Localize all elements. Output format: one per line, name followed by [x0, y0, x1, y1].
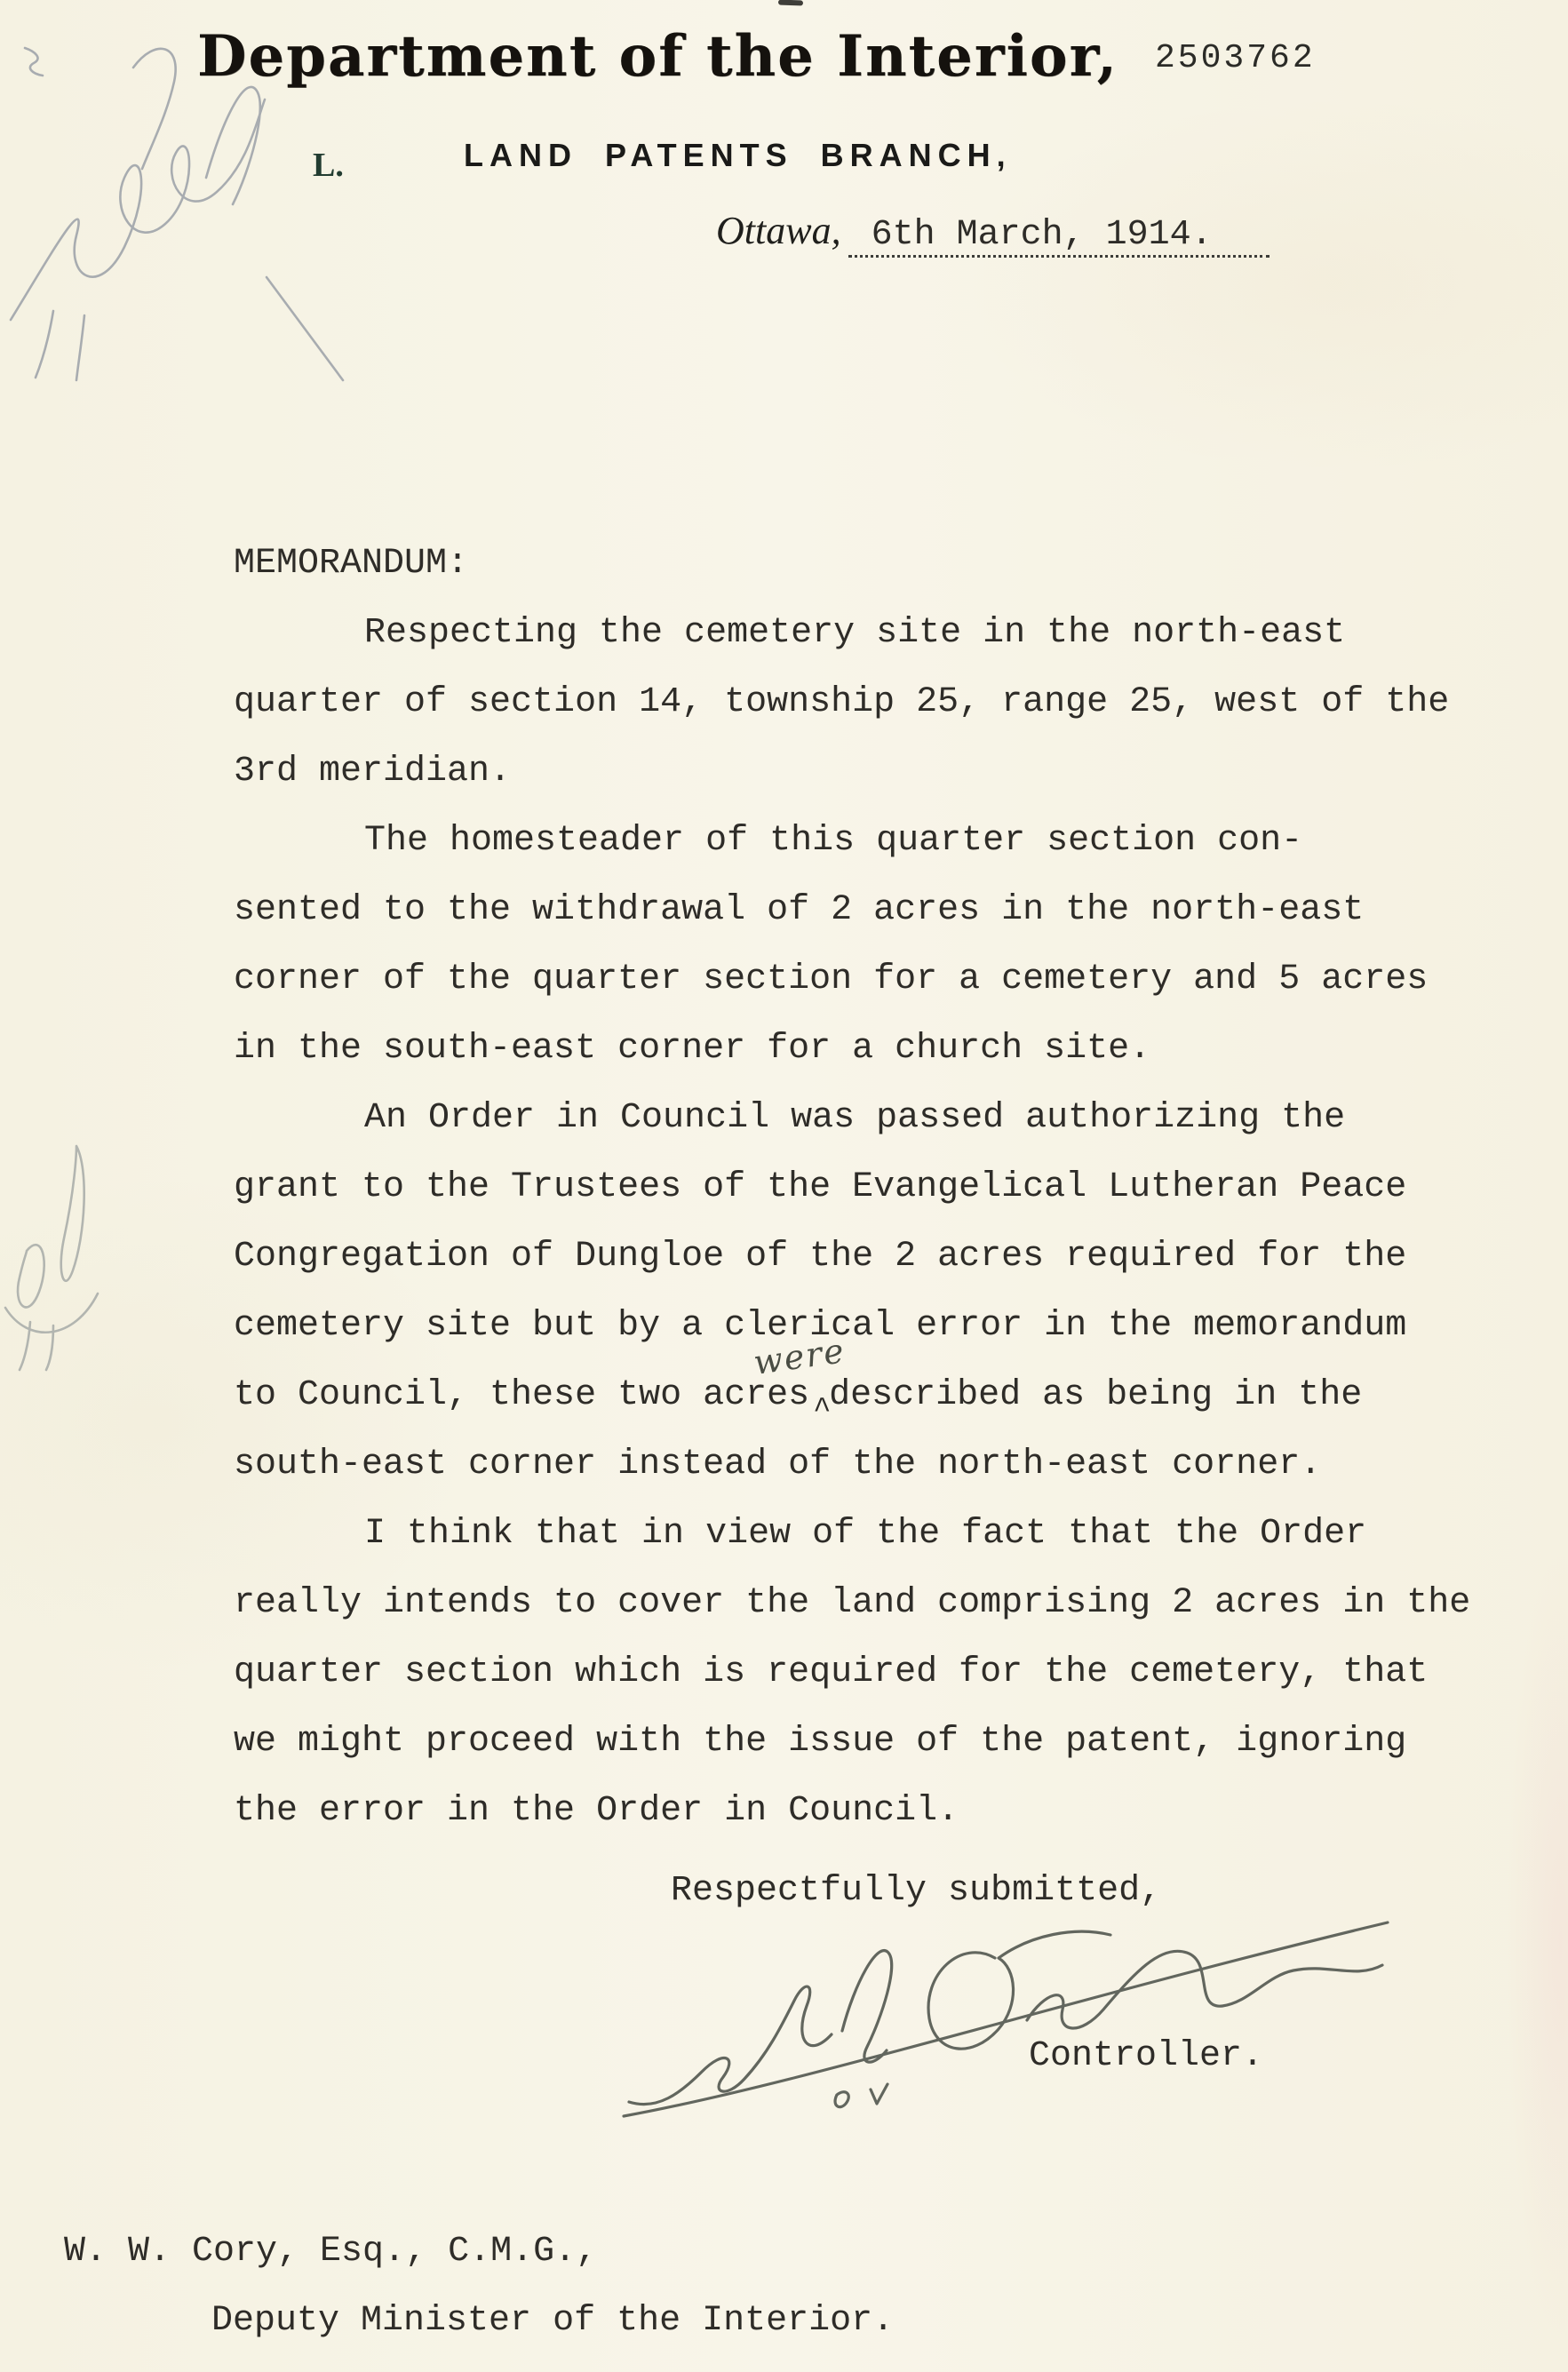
memo-line: An Order in Council was passed authorizi… — [234, 1084, 1495, 1153]
memo-line: 3rd meridian. — [234, 737, 1495, 807]
memo-line: the error in the Order in Council. — [234, 1777, 1495, 1846]
file-number: 2503762 — [1155, 39, 1316, 77]
memo-line: corner of the quarter section for a ceme… — [234, 945, 1495, 1015]
department-title: Department of the Interior, — [197, 23, 1118, 90]
memo-heading: MEMORANDUM: — [234, 529, 1495, 599]
file-letter: L. — [313, 146, 344, 185]
memo-line: Respecting the cemetery site in the nort… — [234, 599, 1495, 668]
handwritten-insertion-word: were — [749, 1316, 850, 1397]
memo-line-with-insertion: to Council, these two acres^described as… — [234, 1361, 1495, 1430]
memo-line: in the south-east corner for a church si… — [234, 1015, 1495, 1084]
memo-line: we might proceed with the issue of the p… — [234, 1707, 1495, 1777]
addressee-title: Deputy Minister of the Interior. — [211, 2301, 894, 2341]
controller-signature — [613, 1901, 1404, 2123]
memo-line: cemetery site but by a clerical error in… — [234, 1292, 1495, 1361]
scanned-memorandum-page: Department of the Interior, 2503762 L. L… — [0, 0, 1568, 2372]
dateline: Ottawa,6th March, 1914. — [716, 208, 1270, 258]
place-label: Ottawa, — [716, 208, 841, 253]
memo-line: quarter of section 14, township 25, rang… — [234, 668, 1495, 737]
memo-line: I think that in view of the fact that th… — [234, 1500, 1495, 1569]
memo-body: MEMORANDUM: Respecting the cemetery site… — [234, 529, 1495, 1846]
addressee-name: W. W. Cory, Esq., C.M.G., — [64, 2232, 597, 2272]
memo-line: The homesteader of this quarter section … — [234, 807, 1495, 876]
memo-line: really intends to cover the land compris… — [234, 1569, 1495, 1638]
signature-title: Controller. — [1029, 2036, 1263, 2076]
pencil-scrawl-left-margin — [0, 1110, 124, 1377]
memo-line: grant to the Trustees of the Evangelical… — [234, 1153, 1495, 1222]
scan-edge-mark — [778, 0, 803, 5]
memo-line: quarter section which is required for th… — [234, 1638, 1495, 1707]
date-on-dotted-rule: 6th March, 1914. — [848, 215, 1270, 258]
memo-line: sented to the withdrawal of 2 acres in t… — [234, 876, 1495, 945]
insertion-pre-text: to Council, these two acres — [234, 1375, 809, 1415]
insertion-post-text: described as being in the — [829, 1375, 1362, 1415]
branch-title: LAND PATENTS BRANCH, — [464, 137, 1012, 174]
memo-line: Congregation of Dungloe of the 2 acres r… — [234, 1222, 1495, 1292]
memo-line: south-east corner instead of the north-e… — [234, 1430, 1495, 1500]
